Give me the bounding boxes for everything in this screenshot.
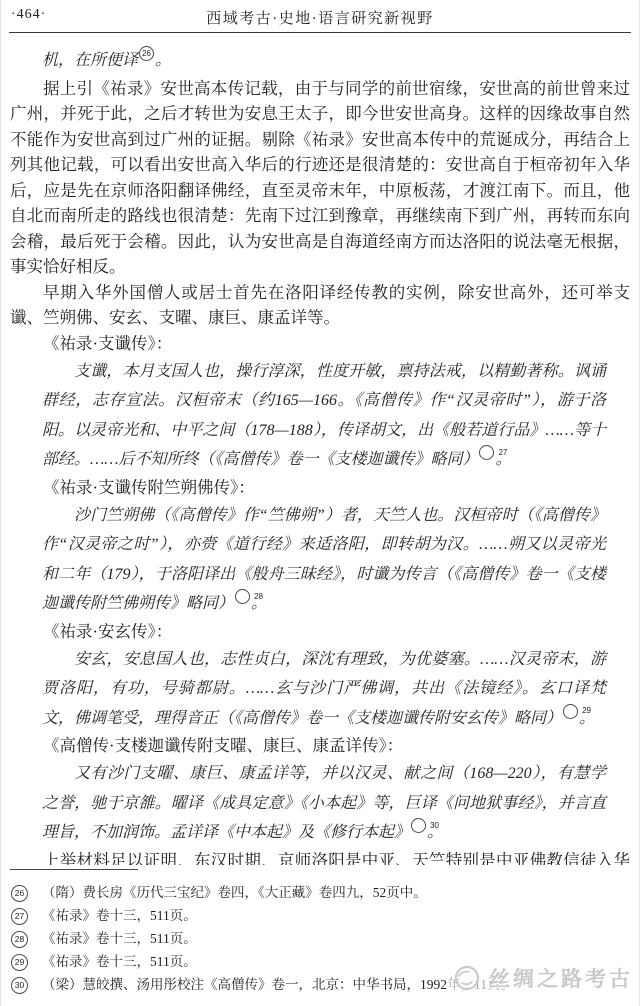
page-number: ·464· (11, 7, 46, 23)
silk-road-logo-icon (452, 963, 482, 993)
page-header: ·464· 西域考古·史地·语言研究新视野 (1, 0, 639, 29)
footnote-ref-30: 30 (411, 818, 426, 833)
running-title: 西域考古·史地·语言研究新视野 (1, 7, 639, 28)
footnote-ref-number: 27 (467, 449, 508, 457)
footnote-text: （隋）费长房《历代三宝纪》卷四，《大正藏》卷四九，52页中。 (42, 881, 630, 904)
footnote-separator (10, 869, 138, 870)
paragraph-early-monks: 早期入华外国僧人或居士首先在洛阳译经传教的实例，除安世高外，还可举支谶、竺朔佛、… (10, 280, 630, 331)
footnote-text: 《祐录》卷十三，511页。 (42, 904, 630, 927)
footnote-number: 30 (11, 977, 28, 994)
quote-text: 又有沙门支曜、康巨、康孟详等，并以汉灵、献之间（168—220），有慧学之誉，驰… (42, 765, 606, 841)
quote-text: 机，在所便译 (42, 52, 138, 69)
quote-block-zhiyao: 又有沙门支曜、康巨、康孟详等，并以汉灵、献之间（168—220），有慧学之誉，驰… (10, 759, 630, 848)
quote-text: 支谶，本月支国人也，操行淳深，性度开敏，禀持法戒，以精勤著称。讽诵群经，志存宣法… (42, 363, 606, 469)
footnote-item: 26 （隋）费长房《历代三宝纪》卷四，《大正藏》卷四九，52页中。 (10, 881, 630, 904)
quote-block-zhushuofo: 沙门竺朔佛（《高僧传》作“竺佛朔”）者，天竺人也。汉桓帝时（《高僧传》作“汉灵帝… (10, 501, 630, 619)
quote-text: 安玄，安息国人也，志性贞白，深沈有理致，为优婆塞。……汉灵帝末，游贾洛阳，有功，… (42, 651, 606, 727)
footnote-ref-26: 26 (139, 46, 154, 61)
quote-heading-zhiyao: 《高僧传·支楼迦谶传附支曜、康巨、康孟详传》： (10, 733, 630, 759)
body-text: 机，在所便译26。 据上引《祐录》安世高本传记载，由于与同学的前世宿缘，安世高的… (1, 33, 639, 899)
quote-heading-zhushuofo: 《祐录·支谶传附竺朔佛传》： (10, 475, 630, 501)
footnote-ref-29: 29 (563, 704, 578, 719)
quote-period: 。 (155, 52, 171, 69)
book-page: ·464· 西域考古·史地·语言研究新视野 机，在所便译26。 据上引《祐录》安… (0, 0, 640, 1006)
footnote-number: 29 (11, 954, 28, 971)
footnote-item: 28 《祐录》卷十三，511页。 (10, 927, 630, 950)
quote-heading-zhichen: 《祐录·支谶传》： (10, 331, 630, 357)
footnote-ref-number: 30 (398, 822, 439, 830)
footnote-text: 《祐录》卷十三，511页。 (42, 927, 630, 950)
watermark: 丝绸之路考古 (448, 963, 633, 993)
footnote-ref-number: 26 (142, 50, 151, 58)
footnote-ref-number: 29 (550, 707, 591, 715)
quote-block-zhichen: 支谶，本月支国人也，操行淳深，性度开敏，禀持法戒，以精勤著称。讽诵群经，志存宣法… (10, 357, 630, 475)
quote-text: 沙门竺朔佛（《高僧传》作“竺佛朔”）者，天竺人也。汉桓帝时（《高僧传》作“汉灵帝… (42, 507, 606, 613)
quote-block-anxuan: 安玄，安息国人也，志性贞白，深沈有理致，为优婆塞。……汉灵帝末，游贾洛阳，有功，… (10, 645, 630, 734)
watermark-text: 丝绸之路考古 (489, 963, 633, 993)
paragraph-anshigao-route: 据上引《祐录》安世高本传记载，由于与同学的前世宿缘，安世高的前世曾来过广州，并死… (10, 76, 630, 280)
quote-heading-anxuan: 《祐录·安玄传》： (10, 619, 630, 645)
quote-continuation: 机，在所便译26。 (10, 46, 630, 76)
footnote-ref-28: 28 (235, 589, 250, 604)
footnote-ref-27: 27 (479, 445, 494, 460)
footnote-number: 27 (11, 908, 28, 925)
footnote-ref-number: 28 (222, 593, 263, 601)
footnote-number: 28 (11, 931, 28, 948)
footnote-item: 27 《祐录》卷十三，511页。 (10, 904, 630, 927)
footnote-number: 26 (11, 885, 28, 902)
